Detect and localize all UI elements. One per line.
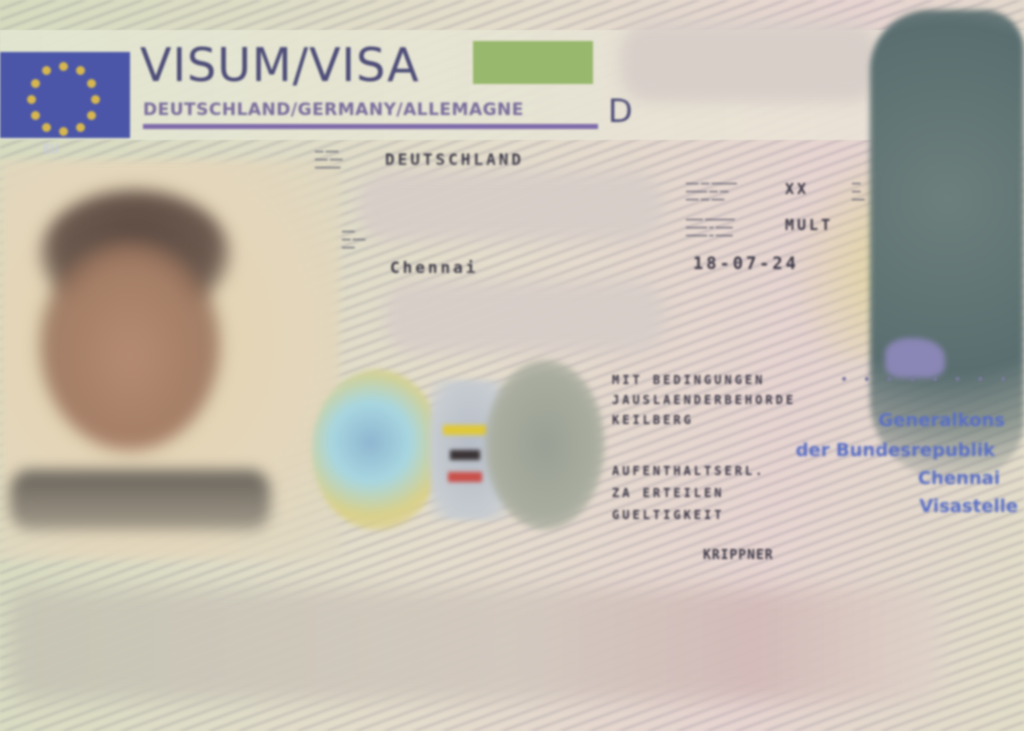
remark-line: MIT BEDINGUNGEN — [612, 370, 796, 390]
visa-type: D — [608, 92, 633, 130]
coat-of-arms-stripe-red — [448, 472, 482, 482]
field-label-entries-code: ━━━ ━━ ━━━━━━━━━━━ ━━ ━━━━━ ━━ ━━━ — [686, 180, 737, 204]
field-label-valid-for: ━━ ━━━━━━ ━━━━━━━━━ — [315, 148, 343, 172]
redacted-name-field — [358, 172, 663, 240]
redacted-header-top-right — [620, 22, 880, 102]
remarks-block-2: AUFENTHALTSERL. ZA ERTEILEN GUELTIGKEIT — [612, 460, 765, 526]
stamp-line: Generalkons — [800, 410, 1005, 431]
field-valid-for: DEUTSCHLAND — [385, 150, 524, 169]
stamp-line: Visastelle — [800, 496, 1018, 517]
field-place-of-issue: Chennai — [390, 258, 478, 277]
visa-sticker: EU VISUM/VISA DEUTSCHLAND/GERMANY/ALLEMA… — [0, 0, 1024, 731]
remarks-block: MIT BEDINGUNGEN JAUSLAENDERBEHORDE KEILB… — [612, 370, 796, 430]
issuing-country: DEUTSCHLAND/GERMANY/ALLEMAGNE — [143, 100, 524, 120]
remark-line: AUFENTHALTSERL. — [612, 460, 765, 482]
field-label-extra: ━━━━━━━ — [852, 180, 865, 204]
coat-of-arms-stripe-gold — [443, 425, 487, 435]
field-label-place: ━━━━━ ━━━━━━ — [342, 228, 365, 252]
remark-line: KEILBERG — [612, 410, 796, 430]
stamp-line: Chennai — [800, 468, 1000, 489]
field-label-entries: ━━━━ ━━━━━━━━━━━━ ━ ━━━━━━━━━ ━ ━━━━ — [686, 216, 735, 240]
redacted-machine-readable-zone — [10, 590, 940, 700]
coat-of-arms-stripe-black — [450, 450, 480, 460]
remark-line: JAUSLAENDERBEHORDE — [612, 390, 796, 410]
photo-face-redacted — [40, 240, 220, 450]
eu-emblem-label: EU — [38, 140, 64, 158]
remark-line: ZA ERTEILEN — [612, 482, 765, 504]
field-entries-code: XX — [785, 180, 809, 198]
stamp-line: der Bundesrepublik — [765, 440, 995, 461]
seal-stamp-icon — [485, 360, 605, 530]
redacted-validity-field — [385, 282, 665, 352]
remark-line: GUELTIGKEIT — [612, 504, 765, 526]
subtitle-underline — [143, 124, 598, 129]
officer-name: KRIPPNER — [703, 548, 774, 563]
stamp-dots: • • • • • • • • — [840, 372, 1012, 388]
security-patch — [473, 41, 593, 84]
field-date-of-issue: 18-07-24 — [693, 254, 799, 274]
document-title: VISUM/VISA — [140, 38, 420, 92]
photo-shoulders — [10, 470, 270, 530]
eu-emblem-icon: EU — [0, 52, 130, 138]
hologram-icon — [312, 370, 442, 530]
field-entries: MULT — [785, 216, 833, 234]
